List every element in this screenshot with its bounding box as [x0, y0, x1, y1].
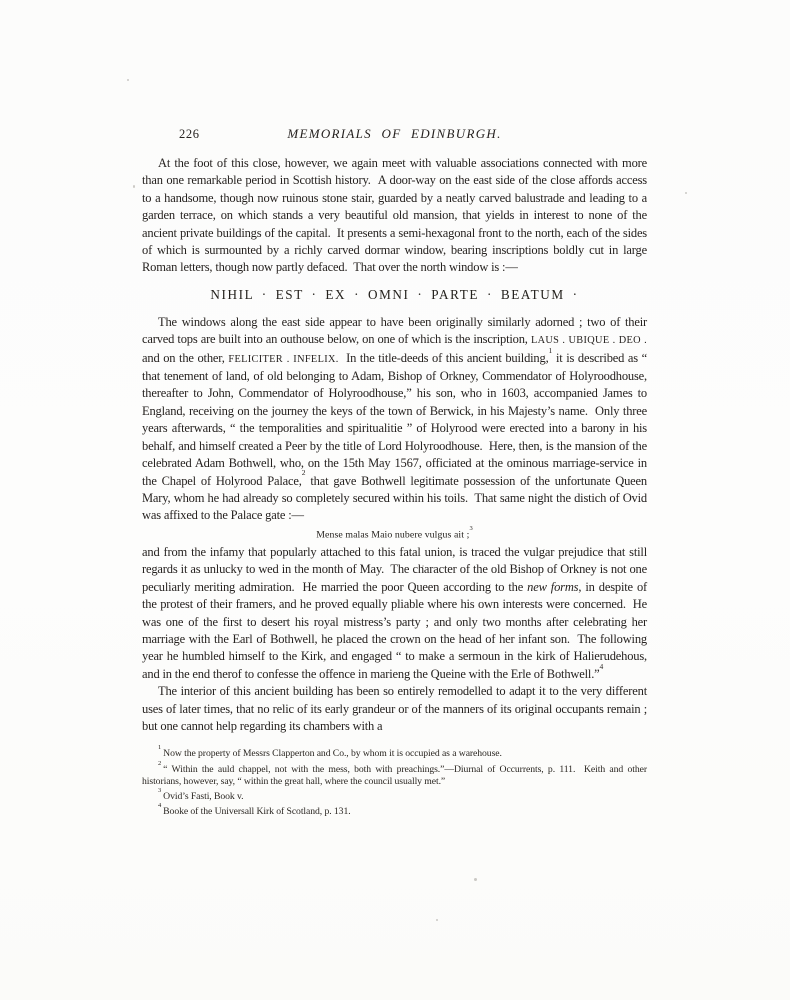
footnote-1-marker: 1 — [158, 744, 161, 751]
paragraph-4: The interior of this ancient building ha… — [142, 683, 647, 735]
footnote-2-marker: 2 — [158, 760, 161, 767]
latin-quote-text: Mense malas Maio nubere vulgus ait ; — [316, 529, 469, 540]
paragraph-1: At the foot of this close, however, we a… — [142, 155, 647, 277]
inscription-line: NIHIL · EST · EX · OMNI · PARTE · BEATUM… — [142, 287, 647, 303]
footnote-4-marker: 4 — [158, 802, 161, 809]
paragraph-2-text: In the title-deeds of this ancient build… — [339, 351, 549, 365]
scanned-book-page: 226 MEMORIALS OF EDINBURGH. At the foot … — [0, 0, 790, 1000]
running-title: MEMORIALS OF EDINBURGH. — [142, 126, 647, 142]
footnote-2-text: “ Within the auld chappel, not with the … — [142, 764, 647, 787]
paragraph-3: and from the infamy that popularly attac… — [142, 544, 647, 683]
scan-speck — [127, 79, 129, 81]
paragraph-3-text: , in despite of the protest of their fra… — [142, 580, 647, 681]
smallcaps-inscription-feliciter: FELICITER . INFELIX. — [228, 354, 338, 365]
footnotes-block: 1Now the property of Messrs Clapperton a… — [142, 745, 647, 817]
paragraph-2: The windows along the east side appear t… — [142, 314, 647, 525]
footnote-3-text: Ovid’s Fasti, Book v. — [163, 791, 243, 802]
latin-quote: Mense malas Maio nubere vulgus ait ;3 — [142, 528, 647, 540]
italic-phrase-new-forms: new forms — [527, 580, 578, 594]
footnote-3: 3Ovid’s Fasti, Book v. — [142, 788, 647, 803]
footnote-ref-2: 2 — [302, 468, 306, 477]
paragraph-2-text: and on the other, — [142, 351, 228, 365]
scan-speck — [685, 192, 687, 194]
scan-speck — [474, 878, 477, 881]
paragraph-2-text: it is described as “ that tenement of la… — [142, 351, 647, 488]
footnote-3-marker: 3 — [158, 787, 161, 794]
footnote-1-text: Now the property of Messrs Clapperton an… — [163, 749, 502, 760]
footnote-ref-4: 4 — [600, 662, 604, 671]
footnote-4-text: Booke of the Universall Kirk of Scotland… — [163, 806, 350, 817]
scan-speck — [133, 185, 135, 188]
footnote-ref-3: 3 — [469, 525, 472, 532]
footnote-4: 4Booke of the Universall Kirk of Scotlan… — [142, 803, 647, 818]
footnote-ref-1: 1 — [549, 346, 553, 355]
footnote-2: 2“ Within the auld chappel, not with the… — [142, 761, 647, 788]
smallcaps-inscription-laus: LAUS . UBIQUE . DEO . — [531, 335, 647, 346]
scan-speck — [436, 919, 438, 921]
footnote-1: 1Now the property of Messrs Clapperton a… — [142, 745, 647, 760]
page-header: 226 MEMORIALS OF EDINBURGH. — [142, 126, 647, 142]
page-number: 226 — [179, 127, 200, 142]
text-column: 226 MEMORIALS OF EDINBURGH. At the foot … — [142, 126, 647, 818]
